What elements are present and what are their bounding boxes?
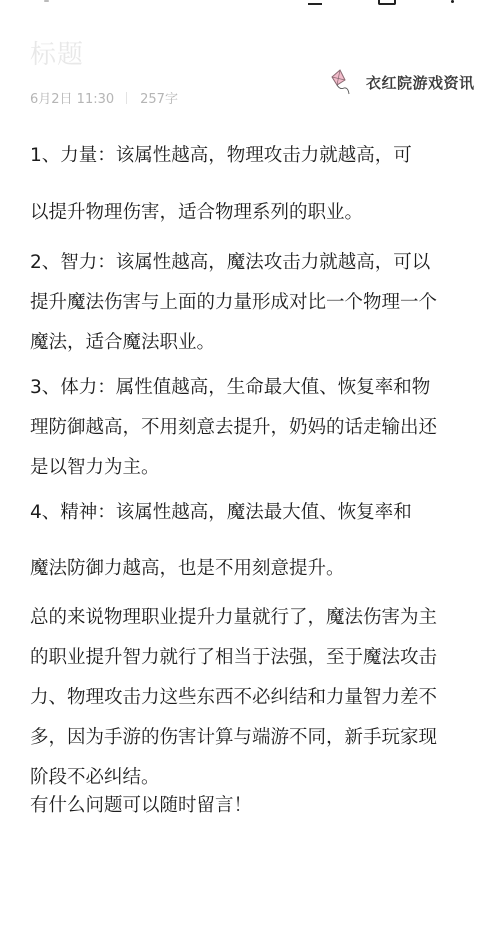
meta-divider xyxy=(126,92,127,104)
note-word-count: 257字 xyxy=(140,88,178,107)
text-line: 力、物理攻击力这些东西不必纠结和力量智力差不 xyxy=(30,678,480,718)
text-line: 理防御越高，不用刻意去提升，奶妈的话走输出还 xyxy=(30,408,480,448)
note-date-time: 6月2日 11:30 xyxy=(30,88,114,107)
text-line: 4、精神：该属性越高，魔法最大值、恢复率和 xyxy=(30,493,480,533)
paragraph: 3、体力：属性值越高，生命最大值、恢复率和物 理防御越高，不用刻意去提升，奶妈的… xyxy=(30,368,480,488)
kite-icon xyxy=(330,68,356,96)
paragraph: 4、精神：该属性越高，魔法最大值、恢复率和 xyxy=(30,493,480,533)
text-line: 多，因为手游的伤害计算与端游不同，新手玩家现 xyxy=(30,718,480,758)
paragraph: 1、力量：该属性越高，物理攻击力就越高，可 xyxy=(30,136,480,176)
text-line: 是以智力为主。 xyxy=(30,448,480,488)
watermark-text: 衣红院游戏资讯 xyxy=(366,72,475,93)
text-line: 总的来说物理职业提升力量就行了，魔法伤害为主 xyxy=(30,598,480,638)
text-line: 1、力量：该属性越高，物理攻击力就越高，可 xyxy=(30,136,480,176)
text-line: 的职业提升智力就行了相当于法强，至于魔法攻击 xyxy=(30,638,480,678)
paragraph: 2、智力：该属性越高，魔法攻击力就越高，可以 提升魔法伤害与上面的力量形成对比一… xyxy=(30,243,480,363)
paragraph: 总的来说物理职业提升力量就行了，魔法伤害为主 的职业提升智力就行了相当于法强，至… xyxy=(30,598,480,798)
back-icon[interactable] xyxy=(44,0,49,2)
text-line: 以提升物理伤害，适合物理系列的职业。 xyxy=(30,193,480,233)
note-meta: 6月2日 11:30 257字 xyxy=(30,88,178,107)
text-line: 2、智力：该属性越高，魔法攻击力就越高，可以 xyxy=(30,243,480,283)
paragraph: 魔法防御力越高，也是不用刻意提升。 xyxy=(30,549,480,589)
text-line: 魔法防御力越高，也是不用刻意提升。 xyxy=(30,549,480,589)
note-title-input[interactable]: 标题 xyxy=(30,34,84,71)
undo-icon[interactable] xyxy=(308,0,322,5)
more-icon[interactable] xyxy=(451,0,454,3)
redo-icon[interactable] xyxy=(378,0,396,5)
paragraph: 有什么问题可以随时留言！ xyxy=(30,786,480,826)
text-line: 有什么问题可以随时留言！ xyxy=(30,786,480,826)
watermark: 衣红院游戏资讯 xyxy=(330,68,475,96)
text-line: 提升魔法伤害与上面的力量形成对比一个物理一个 xyxy=(30,283,480,323)
top-toolbar xyxy=(0,0,500,6)
paragraph: 以提升物理伤害，适合物理系列的职业。 xyxy=(30,193,480,233)
text-line: 3、体力：属性值越高，生命最大值、恢复率和物 xyxy=(30,368,480,408)
text-line: 魔法，适合魔法职业。 xyxy=(30,323,480,363)
